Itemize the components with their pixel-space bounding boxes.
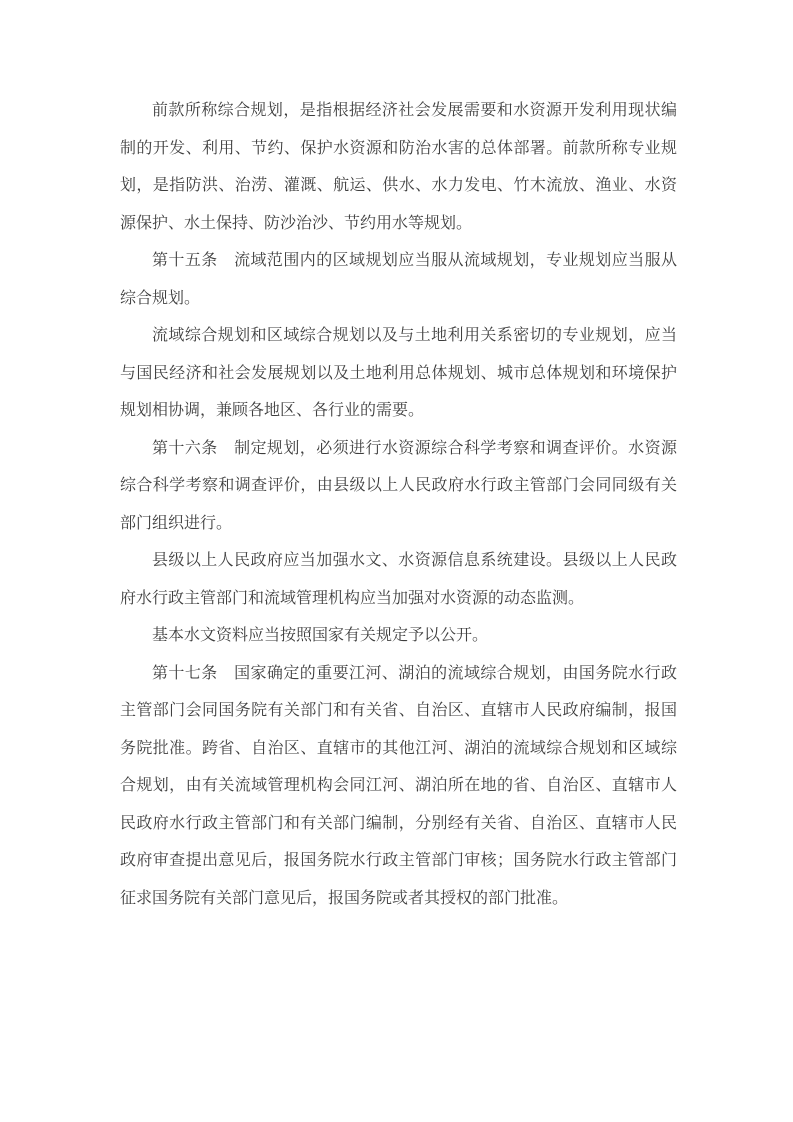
paragraph-article-15: 第十五条 流域范围内的区域规划应当服从流域规划，专业规划应当服从综合规划。 <box>120 241 677 316</box>
document-page: 前款所称综合规划，是指根据经济社会发展需要和水资源开发利用现状编制的开发、利用、… <box>0 0 793 1122</box>
paragraph-article-16: 第十六条 制定规划，必须进行水资源综合科学考察和调查评价。水资源综合科学考察和调… <box>120 429 677 542</box>
paragraph-article-16-monitoring: 县级以上人民政府应当加强水文、水资源信息系统建设。县级以上人民政府水行政主管部门… <box>120 541 677 616</box>
paragraph-comprehensive-planning-definition: 前款所称综合规划，是指根据经济社会发展需要和水资源开发利用现状编制的开发、利用、… <box>120 91 677 241</box>
document-text-block: 前款所称综合规划，是指根据经济社会发展需要和水资源开发利用现状编制的开发、利用、… <box>120 91 677 916</box>
paragraph-article-15-coordination: 流域综合规划和区域综合规划以及与土地利用关系密切的专业规划，应当与国民经济和社会… <box>120 316 677 429</box>
paragraph-article-17: 第十七条 国家确定的重要江河、湖泊的流域综合规划，由国务院水行政主管部门会同国务… <box>120 654 677 917</box>
paragraph-article-16-hydrology-data: 基本水文资料应当按照国家有关规定予以公开。 <box>120 616 677 654</box>
